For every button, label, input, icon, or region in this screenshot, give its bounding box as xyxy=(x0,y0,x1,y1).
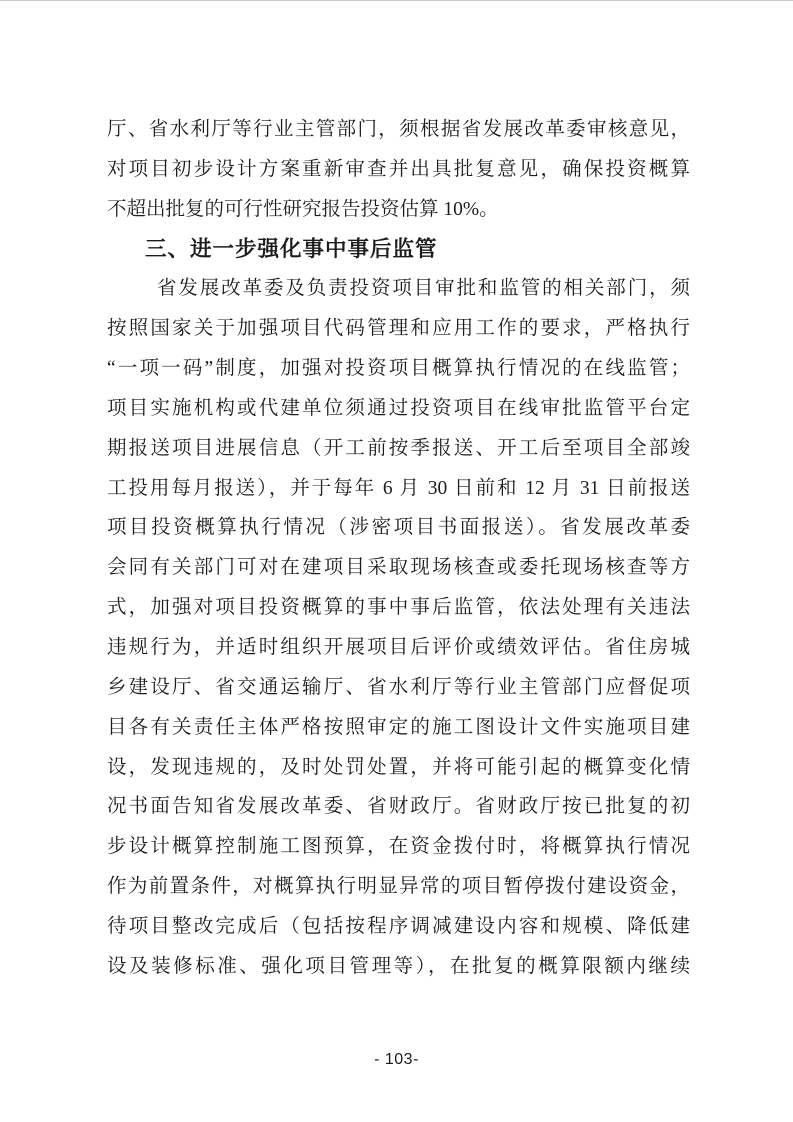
scan-edge-artifact xyxy=(0,0,793,1)
text-line: 式，加强对项目投资概算的事中事后监管，依法处理有关违法 xyxy=(107,588,690,628)
document-text-block: 厅、省水利厅等行业主管部门，须根据省发展改革委审核意见， 对项目初步设计方案重新… xyxy=(107,110,690,987)
text-line: 作为前置条件，对概算执行明显异常的项目暂停拨付建设资金， xyxy=(107,867,690,907)
text-line: “一项一码”制度，加强对投资项目概算执行情况的在线监管； xyxy=(107,349,690,389)
text-line: 违规行为，并适时组织开展项目后评价或绩效评估。省住房城 xyxy=(107,628,690,668)
text-line: 项目投资概算执行情况（涉密项目书面报送）。省发展改革委 xyxy=(107,508,690,548)
text-line: 目各有关责任主体严格按照审定的施工图设计文件实施项目建 xyxy=(107,708,690,748)
document-page: 厅、省水利厅等行业主管部门，须根据省发展改革委审核意见， 对项目初步设计方案重新… xyxy=(0,0,793,1122)
text-line: 设，发现违规的，及时处罚处置，并将可能引起的概算变化情 xyxy=(107,748,690,788)
text-line: 乡建设厅、省交通运输厅、省水利厅等行业主管部门应督促项 xyxy=(107,668,690,708)
text-line: 工投用每月报送），并于每年 6 月 30 日前和 12 月 31 日前报送 xyxy=(107,469,690,509)
text-line: 对项目初步设计方案重新审查并出具批复意见，确保投资概算 xyxy=(107,150,690,190)
text-line: 期报送项目进展信息（开工前按季报送、开工后至项目全部竣 xyxy=(107,429,690,469)
text-line: 厅、省水利厅等行业主管部门，须根据省发展改革委审核意见， xyxy=(107,110,690,150)
page-number: - 103- xyxy=(0,1050,793,1070)
text-line: 况书面告知省发展改革委、省财政厅。省财政厅按已批复的初 xyxy=(107,787,690,827)
section-heading: 三、进一步强化事中事后监管 xyxy=(107,230,690,270)
text-line: 按照国家关于加强项目代码管理和应用工作的要求，严格执行 xyxy=(107,309,690,349)
text-line: 会同有关部门可对在建项目采取现场核查或委托现场核查等方 xyxy=(107,548,690,588)
text-line: 步设计概算控制施工图预算，在资金拨付时，将概算执行情况 xyxy=(107,827,690,867)
text-line: 项目实施机构或代建单位须通过投资项目在线审批监管平台定 xyxy=(107,389,690,429)
text-line: 不超出批复的可行性研究报告投资估算 10%。 xyxy=(107,190,690,230)
text-line: 待项目整改完成后（包括按程序调减建设内容和规模、降低建 xyxy=(107,907,690,947)
text-line: 设及装修标准、强化项目管理等），在批复的概算限额内继续 xyxy=(107,947,690,987)
text-line: 省发展改革委及负责投资项目审批和监管的相关部门，须 xyxy=(107,269,690,309)
